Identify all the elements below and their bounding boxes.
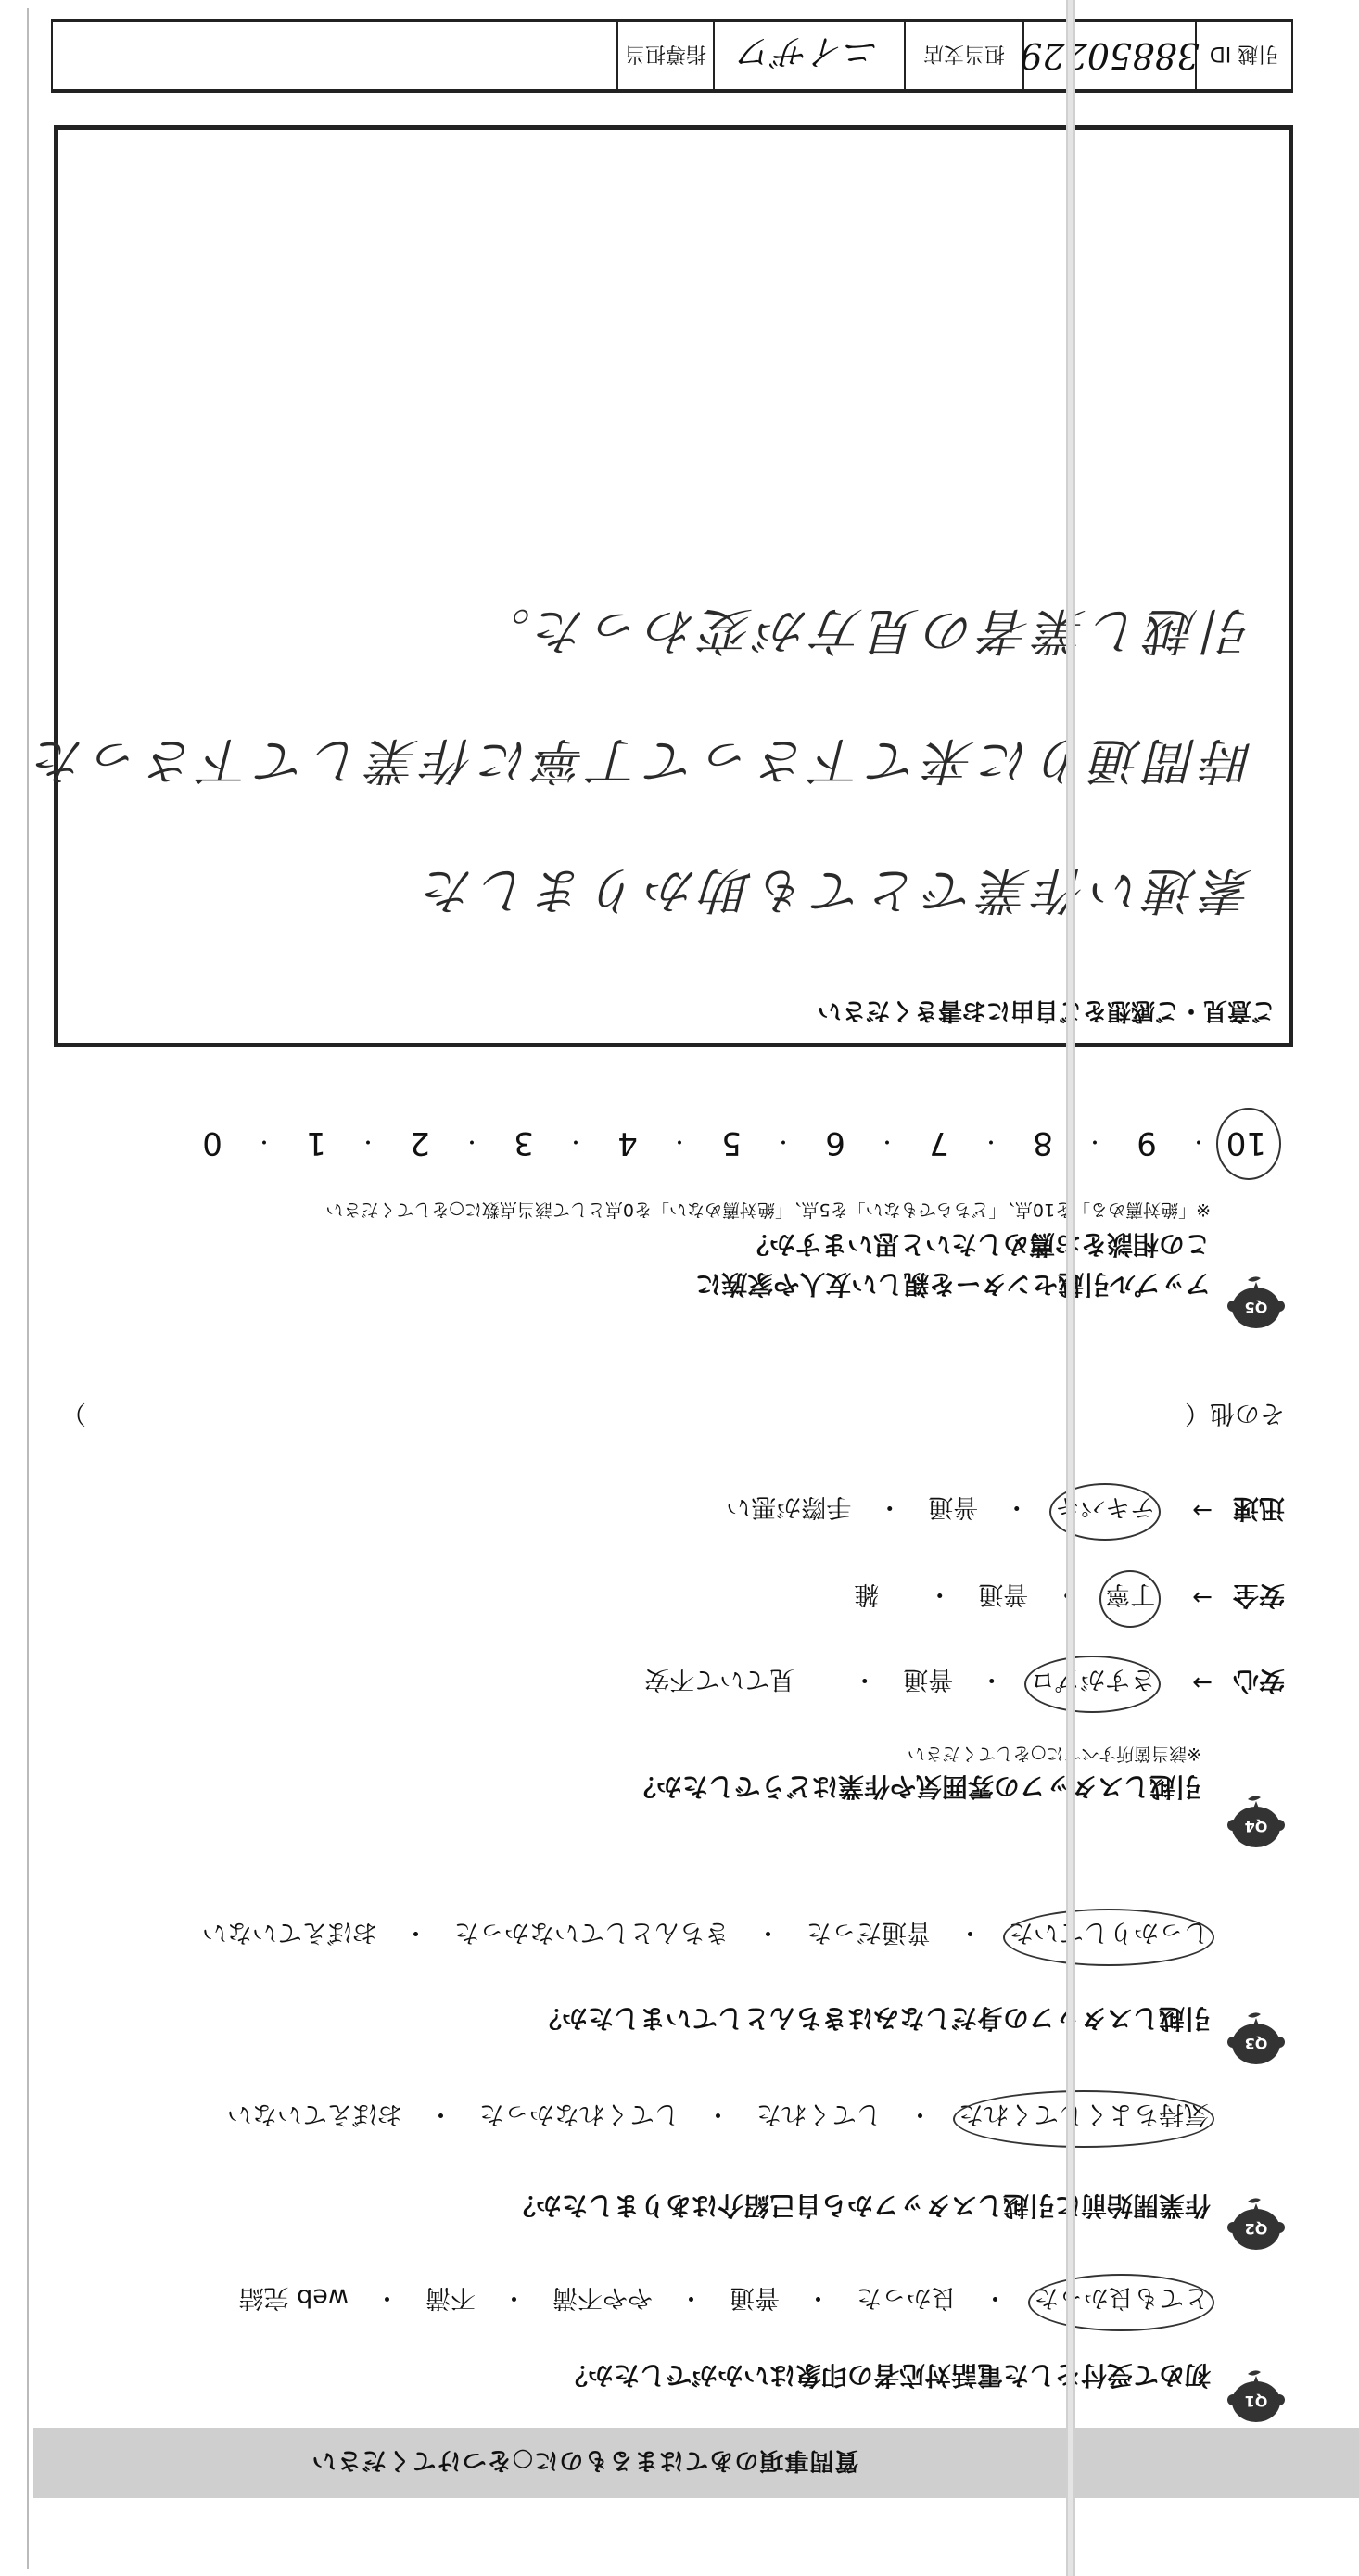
q5-score-8[interactable]: 8 <box>1027 1124 1059 1161</box>
id-label: 引越 ID <box>1195 22 1291 89</box>
q1-option-normal[interactable]: 普通 <box>728 2282 781 2318</box>
q5-score-4[interactable]: 4 <box>612 1124 643 1161</box>
id-table: 引越 ID 38850229 担当支店 ニイザワ 指導担当 <box>51 19 1293 93</box>
q5-score-2[interactable]: 2 <box>404 1124 436 1161</box>
q3-badge-icon: Q3 <box>1227 2011 1285 2070</box>
svg-text:Q4: Q4 <box>1245 1818 1268 1835</box>
q5-note: ※「絶対薦める」を10点、「どちらでもない」を5点、「絶対薦めない」を0点として… <box>325 1199 1211 1224</box>
q1-option-good[interactable]: 良かった <box>855 2282 959 2318</box>
q1-option-slightly-dissatisfied[interactable]: やや不満 <box>551 2282 654 2318</box>
q4-option-careful[interactable]: 丁寧 <box>1103 1580 1157 1616</box>
q4-other-label: その他（ <box>1185 1398 1285 1434</box>
q3-option-neat[interactable]: しっかりしていた <box>1007 1917 1211 1953</box>
q5-score-1[interactable]: 1 <box>300 1124 332 1161</box>
comment-line-1: 素速い作業でとても助かりました <box>419 858 1253 930</box>
q5-score-scale: 10・ 9・ 8・ 7・ 6・ 5・ 4・ 3・ 2・ 1・ 0 <box>197 1124 1266 1161</box>
arrow-right-icon: → <box>1192 1669 1213 1696</box>
comments-title: ご意見・ご感想をご自由にお書きください <box>818 996 1276 1030</box>
svg-text:Q1: Q1 <box>1245 2392 1268 2410</box>
arrow-right-icon: → <box>1192 1583 1213 1611</box>
q3-option-untidy[interactable]: きちんとしていなかった <box>452 1917 731 1953</box>
q5-question-line1: アップル引越センターを親しい友人や家族に <box>695 1267 1211 1304</box>
q2-option-pleasant[interactable]: 気持ちよくしてくれた <box>957 2099 1211 2135</box>
q1-badge-icon: Q1 <box>1227 2368 1285 2428</box>
svg-text:Q5: Q5 <box>1245 1299 1268 1316</box>
q5-score-0[interactable]: 0 <box>197 1124 228 1161</box>
q1-option-dissatisfied[interactable]: 不満 <box>424 2282 477 2318</box>
q4-option-worrying[interactable]: 見ていて不安 <box>642 1665 796 1701</box>
q2-option-dont-remember[interactable]: おぼえていない <box>225 2099 404 2135</box>
supervisor-value[interactable] <box>53 22 616 89</box>
q4-row-label: 安全 <box>1233 1579 1285 1616</box>
instruction-text: 質問事項のあてはまるものに○をつけてください <box>311 2446 1082 2481</box>
survey-sheet: 質問事項のあてはまるものに○をつけてください Q1 初めて受付をした電話対応者の… <box>0 0 1359 2576</box>
q2-option-yes[interactable]: してくれた <box>755 2099 883 2135</box>
q4-option-professional[interactable]: さすがプロ <box>1028 1665 1157 1701</box>
q5-score-3[interactable]: 3 <box>508 1124 540 1161</box>
q2-option-no[interactable]: してくれなかった <box>477 2099 681 2135</box>
q5-score-10[interactable]: 10 <box>1235 1124 1266 1161</box>
q2-options: 気持ちよくしてくれた・ してくれた・ してくれなかった・ おぼえていない <box>225 2099 1211 2135</box>
q4-row-label: 迅速 <box>1233 1491 1285 1529</box>
q1-option-web[interactable]: web 完結 <box>237 2282 350 2318</box>
q4-row-reassurance: 安心 → さすがプロ・ 普通・ 見ていて不安 <box>642 1664 1285 1701</box>
supervisor-label: 指導担当 <box>616 22 713 89</box>
q5-question-line2: この相談をお薦めしたいと思いますか？ <box>743 1227 1211 1264</box>
q4-row-label: 安心 <box>1233 1664 1285 1701</box>
branch-value[interactable]: ニイザワ <box>713 22 904 89</box>
q1-question: 初めて受付をした電話対応者の印象はいかがでしたか？ <box>562 2358 1211 2395</box>
instruction-bar: 質問事項のあてはまるものに○をつけてください <box>33 2428 1359 2498</box>
branch-label: 担当支店 <box>904 22 1022 89</box>
q3-option-dont-remember[interactable]: おぼえていない <box>200 1917 379 1953</box>
q5-score-9[interactable]: 9 <box>1131 1124 1162 1161</box>
svg-text:Q3: Q3 <box>1245 2035 1268 2052</box>
q4-option-normal[interactable]: 普通 <box>926 1492 980 1529</box>
comment-line-3: 引越し業者の見方が変わった。 <box>476 599 1253 670</box>
q4-question: 引越しスタッフの雰囲気や作業はどうでしたか？ <box>630 1770 1201 1807</box>
q4-other-row: その他（ ） <box>61 1398 1285 1434</box>
scan-artifact-line <box>1066 0 1075 2576</box>
svg-text:Q2: Q2 <box>1245 2220 1268 2238</box>
q2-badge-icon: Q2 <box>1227 2196 1285 2255</box>
q4-option-clumsy[interactable]: 手際が悪い <box>724 1492 853 1529</box>
q4-option-rough[interactable]: 雑 <box>852 1580 881 1616</box>
q2-question: 作業開始前に引越しスタッフから自己紹介はありましたか？ <box>510 2189 1211 2226</box>
id-value[interactable]: 38850229 <box>1022 22 1195 89</box>
q4-option-normal[interactable]: 普通 <box>901 1665 955 1701</box>
q1-option-very-good[interactable]: とても良かった <box>1032 2282 1211 2318</box>
q4-note: ※該当箇所すべてに○をしてください <box>908 1743 1201 1768</box>
q4-row-speed: 迅速 → テキパキ・ 普通・ 手際が悪い <box>724 1491 1285 1529</box>
comments-box[interactable]: ご意見・ご感想をご自由にお書きください 素速い作業でとても助かりました 時間通り… <box>54 125 1293 1047</box>
q5-score-7[interactable]: 7 <box>923 1124 955 1161</box>
q5-badge-icon: Q5 <box>1227 1275 1285 1334</box>
arrow-right-icon: → <box>1192 1496 1213 1524</box>
q4-badge-icon: Q4 <box>1227 1794 1285 1853</box>
q5-score-6[interactable]: 6 <box>819 1124 851 1161</box>
q3-question: 引越しスタッフの身だしなみはきちんとしていましたか？ <box>536 2001 1211 2038</box>
q3-option-normal[interactable]: 普通だった <box>805 1917 934 1953</box>
q5-score-5[interactable]: 5 <box>716 1124 747 1161</box>
q1-options: とても良かった・ 良かった・ 普通・ やや不満・ 不満・ web 完結 <box>237 2282 1211 2318</box>
q4-option-normal[interactable]: 普通 <box>976 1580 1030 1616</box>
q4-other-close: ） <box>61 1398 86 1434</box>
q3-options: しっかりしていた・ 普通だった・ きちんとしていなかった・ おぼえていない <box>200 1917 1211 1953</box>
